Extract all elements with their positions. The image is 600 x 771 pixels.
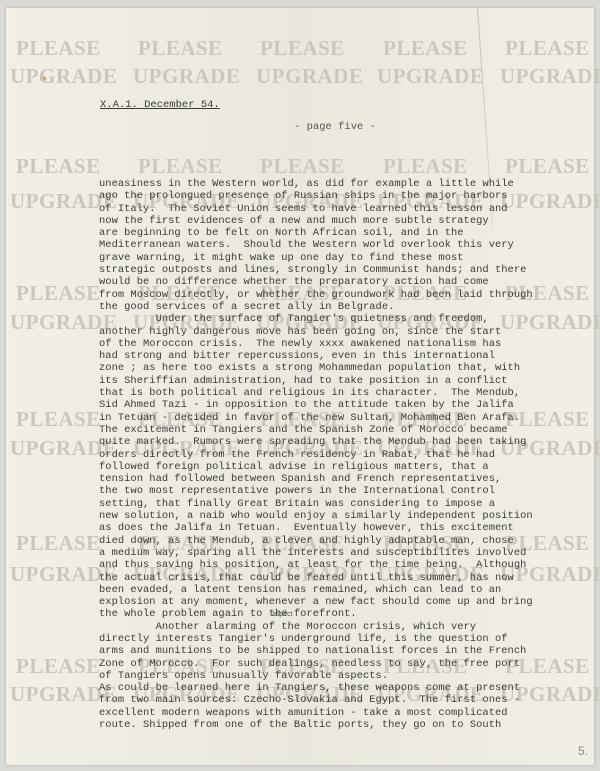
text-line: in Tetuan - decided in favor of the new … [99, 412, 599, 424]
text-line: uneasiness in the Western world, as did … [99, 178, 599, 190]
text-line: the good services of a secret ally in Be… [99, 301, 599, 313]
text-line: explosion at any moment, whenever a new … [99, 596, 599, 608]
text-line: would be no difference whether the prepa… [99, 276, 599, 288]
text-line: the whole problem again to the forefront… [99, 608, 599, 620]
text-line: As could be learned here in Tangiers, th… [99, 682, 599, 694]
text-line: directly interests Tangier's underground… [99, 633, 599, 645]
watermark-please: PLEASE [505, 154, 590, 179]
text-line: its Sheriffian administration, had to ta… [99, 375, 599, 387]
watermark-please: PLEASE [383, 154, 468, 179]
watermark-please: PLEASE [505, 36, 590, 61]
watermark-upgrade: UPGRADE [500, 64, 600, 89]
text-line: are beginning to be felt on North Africa… [99, 227, 599, 239]
text-line: the two most representative powers in th… [99, 485, 599, 497]
text-line: followed foreign political advise in rel… [99, 461, 599, 473]
text-line: another highly dangerous move has been g… [99, 326, 599, 338]
watermark-please: PLEASE [138, 154, 223, 179]
watermark-please: PLEASE [383, 36, 468, 61]
text-line: excellent modern weapons with amunition … [99, 707, 599, 719]
text-line: zone ; as here too exists a strong Moham… [99, 362, 599, 374]
text-line: from Moscow directly, or whether the gro… [99, 289, 599, 301]
text-line: Another alarming of the Moroccon crisis,… [99, 621, 599, 633]
text-line: died down, as the Mendub, a clever and h… [99, 535, 599, 547]
handwritten-page-number: 5. [578, 744, 588, 758]
watermark-please: PLEASE [16, 36, 101, 61]
watermark-please: PLEASE [260, 36, 345, 61]
watermark-please: PLEASE [260, 154, 345, 179]
watermark-upgrade: UPGRADE [133, 64, 240, 89]
text-line: of Tangiers opens unusually favorable as… [99, 670, 599, 682]
text-line: that is both political and religious in … [99, 387, 599, 399]
text-line: ago the prolongued presence of Russian s… [99, 190, 599, 202]
text-line: a medium way, sparing all the interests … [99, 547, 599, 559]
watermark-upgrade: UPGRADE [10, 64, 117, 89]
text-line: of Italy. The Soviet Union seems to have… [99, 203, 599, 215]
text-line: Under the surface of Tangier's quietness… [99, 313, 599, 325]
text-line: the actual crisis, that could be feared … [99, 572, 599, 584]
text-line: and thus saving his position, at least f… [99, 559, 599, 571]
text-line: arms and munitions to be shipped to nati… [99, 645, 599, 657]
watermark-please: PLEASE [16, 654, 101, 679]
watermark-please: PLEASE [16, 531, 101, 556]
text-line: setting, that finally Great Britain was … [99, 498, 599, 510]
text-line: of the Moroccon crisis. The newly xxxx a… [99, 338, 599, 350]
text-line: Mediterranean waters. Should the Western… [99, 239, 599, 251]
text-line: grave warning, it might wake up one day … [99, 252, 599, 264]
text-line: strategic outposts and lines, strongly i… [99, 264, 599, 276]
page-label: - page five - [294, 121, 376, 133]
watermark-please: PLEASE [138, 36, 223, 61]
typed-body-text: uneasiness in the Western world, as did … [99, 178, 599, 731]
watermark-please: PLEASE [16, 407, 101, 432]
interlinear-annotation: aspect [272, 611, 293, 618]
text-line: tension had followed between Spanish and… [99, 473, 599, 485]
text-line: been evaded, a latent tension has remain… [99, 584, 599, 596]
document-header: X.A.1. December 54. [100, 99, 220, 111]
text-line: orders directly from the French residenc… [99, 449, 599, 461]
text-line: The excitement in Tangiers and the Spani… [99, 424, 599, 436]
watermark-please: PLEASE [16, 281, 101, 306]
watermark-upgrade: UPGRADE [377, 64, 484, 89]
watermark-please: PLEASE [16, 154, 101, 179]
text-line: now the first evidences of a new and muc… [99, 215, 599, 227]
text-line: Zone of Morocco. For such dealings, need… [99, 658, 599, 670]
text-line: Sid Ahmed Tazi - in opposition to the at… [99, 399, 599, 411]
text-line: from two main sources: Czecho-Slovakia a… [99, 694, 599, 706]
text-line: had strong and bitter repercussions, eve… [99, 350, 599, 362]
text-line: quite marked. Rumors were spreading that… [99, 436, 599, 448]
text-line: new solution, a naib who would enjoy a s… [99, 510, 599, 522]
text-line: as does the Jalifa in Tetuan. Eventually… [99, 522, 599, 534]
text-line: route. Shipped from one of the Baltic po… [99, 719, 599, 731]
watermark-upgrade: UPGRADE [256, 64, 363, 89]
